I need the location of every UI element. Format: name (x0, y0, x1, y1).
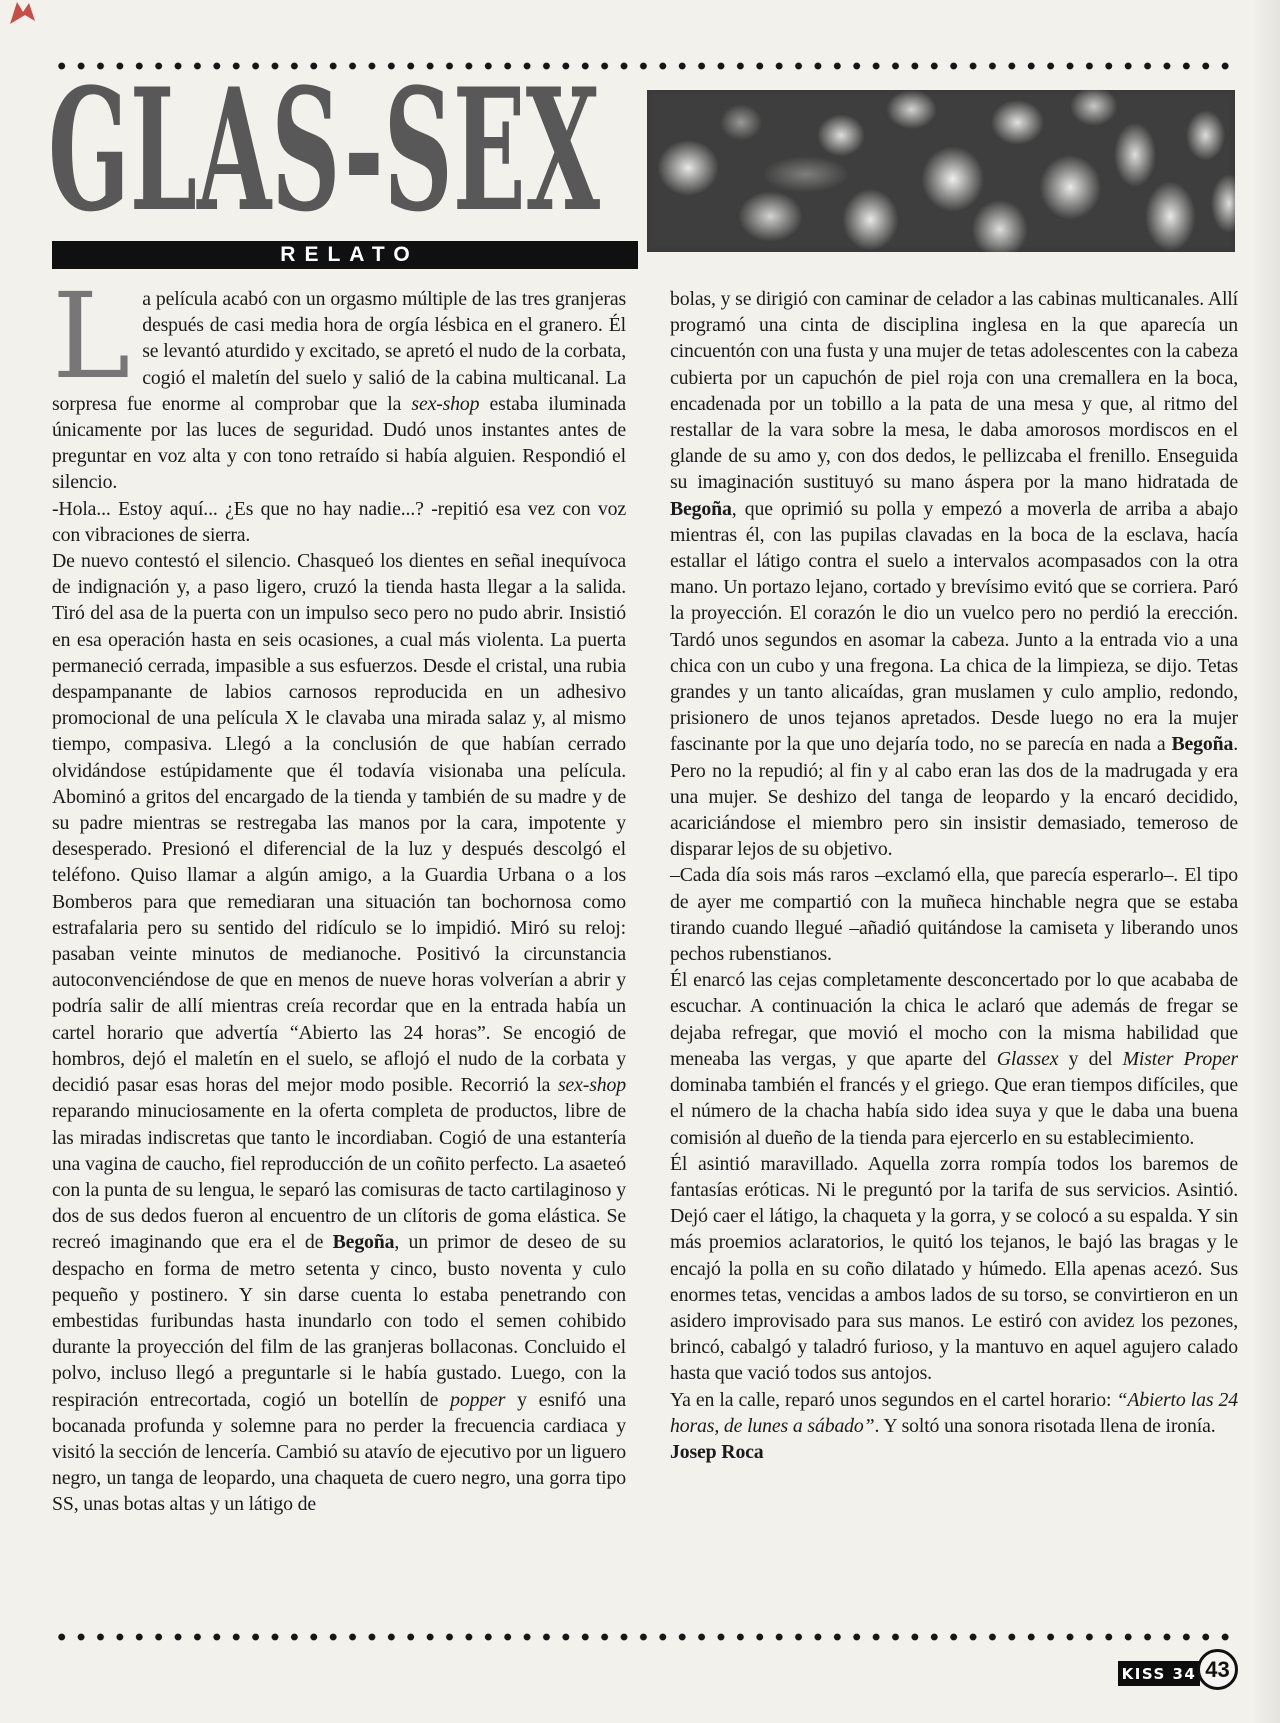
text-segment: , un primor de deseo de su despacho en f… (52, 1231, 626, 1410)
paragraph: Él asintió maravillado. Aquella zorra ro… (670, 1151, 1238, 1387)
magazine-label: KISS 34 (1122, 1665, 1197, 1683)
section-label: RELATO (271, 243, 418, 267)
text-segment: Josep Roca (670, 1441, 764, 1463)
red-corner-mark (8, 0, 38, 26)
text-segment: Begoña (333, 1231, 395, 1253)
text-segment: sex-shop (558, 1074, 626, 1096)
header-photo-light-spots-image (647, 90, 1235, 252)
text-segment: y del (1058, 1048, 1122, 1070)
text-segment: popper (450, 1389, 505, 1411)
magazine-badge: KISS 34 (1118, 1661, 1200, 1686)
bottom-dotted-border (52, 1633, 1239, 1641)
paragraph: –Cada día sois más raros –exclamó ella, … (670, 862, 1238, 967)
top-dotted-border (52, 62, 1239, 70)
text-segment: bolas, y se dirigió con caminar de celad… (670, 288, 1238, 493)
paragraph: Él enarcó las cejas completamente descon… (670, 967, 1238, 1150)
text-segment: . Y soltó una sonora risotada llena de i… (875, 1415, 1216, 1437)
column-right: bolas, y se dirigió con caminar de celad… (670, 286, 1238, 1627)
page-number-badge: 43 (1197, 1649, 1238, 1690)
text-segment: sex-shop (411, 393, 479, 415)
paragraph: Josep Roca (670, 1439, 1238, 1465)
text-segment: Mister Proper (1123, 1048, 1238, 1070)
paragraph: -Hola... Estoy aquí... ¿Es que no hay na… (52, 496, 626, 548)
page-number: 43 (1205, 1657, 1229, 1683)
article-title-text: GLAS-SEX (48, 74, 600, 222)
text-segment: Ya en la calle, reparó unos segundos en … (670, 1389, 1117, 1411)
magazine-page: GLAS-SEX RELATO La película acabó con un… (0, 0, 1280, 1723)
text-segment: Begoña (670, 498, 732, 520)
paragraph: De nuevo contestó el silencio. Chasqueó … (52, 548, 626, 1518)
paragraph: Ya en la calle, reparó unos segundos en … (670, 1387, 1238, 1439)
article-title: GLAS-SEX (48, 74, 614, 222)
text-segment: , que oprimió su polla y empezó a moverl… (670, 498, 1238, 756)
paragraph: bolas, y se dirigió con caminar de celad… (670, 286, 1238, 862)
column-left: La película acabó con un orgasmo múltipl… (52, 286, 626, 1627)
paragraph: La película acabó con un orgasmo múltipl… (52, 286, 626, 496)
article-body: La película acabó con un orgasmo múltipl… (52, 286, 1238, 1627)
text-segment: Glassex (997, 1048, 1059, 1070)
text-segment: -Hola... Estoy aquí... ¿Es que no hay na… (52, 498, 626, 546)
page-edge-shadow (1252, 0, 1280, 1723)
text-segment: Él asintió maravillado. Aquella zorra ro… (670, 1153, 1238, 1385)
text-segment: Begoña (1171, 733, 1233, 755)
text-segment: De nuevo contestó el silencio. Chasqueó … (52, 550, 626, 1096)
section-bar: RELATO (52, 241, 638, 269)
text-segment: –Cada día sois más raros –exclamó ella, … (670, 864, 1238, 965)
text-segment: dominaba también el francés y el griego.… (670, 1074, 1238, 1148)
drop-cap: L (52, 290, 130, 388)
